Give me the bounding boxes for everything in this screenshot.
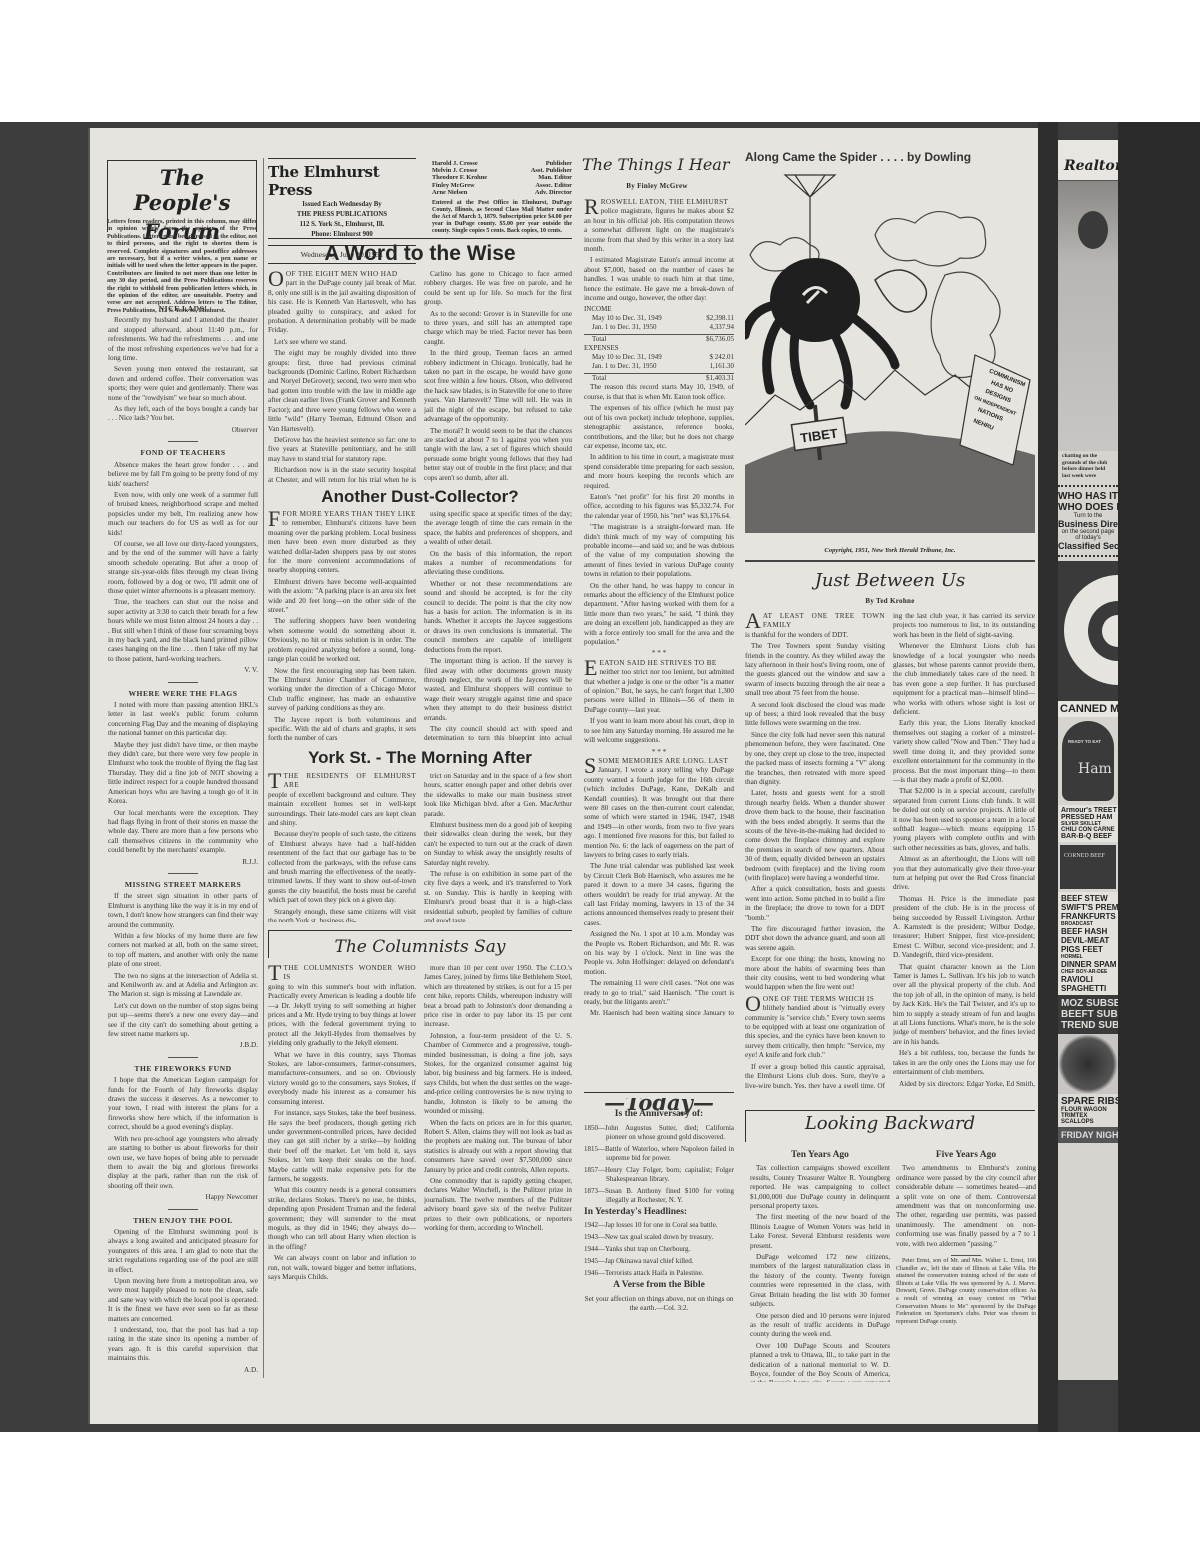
meat-list-2: BEEF STEW SWIFT'S PREM FRANKFURTS BROADC… [1058, 892, 1118, 995]
article-paragraph: Let's see where we stand. [268, 338, 416, 347]
verse-text: Set your affection on things above, not … [584, 1295, 734, 1314]
meat-list-3: SPARE RIBS FLOUR WAGON TRIMTEX SCALLOPS [1058, 1094, 1118, 1127]
article-paragraph: Elmhurst drivers have become well-acquai… [268, 578, 416, 616]
drop-cap: O [745, 995, 763, 1013]
meat-item: BEEFT SUBSEN [1061, 1009, 1115, 1020]
divider [951, 1255, 981, 1256]
article-paragraph: We can always count on labor and inflati… [268, 1254, 416, 1282]
cartoon-copyright: Copyright, 1951, New York Herald Tribune… [745, 547, 1035, 554]
things-i-hear-title: The Things I Hear [582, 155, 732, 174]
dust-collector-col2: using specific space at specific times o… [424, 510, 572, 743]
meat-item: FRANKFURTS [1061, 912, 1115, 921]
article-paragraph: more than 10 per cent over 1950. The C.I… [424, 964, 572, 1030]
article-paragraph: Johnston, a four-term president of the U… [424, 1032, 572, 1117]
box-line: Business Directory [1058, 519, 1118, 529]
article-paragraph: The moral? It would seem to be that the … [424, 427, 572, 483]
anniversary-year: 1815 [584, 1145, 598, 1153]
looking-backward-top-rule [745, 1110, 1035, 1111]
ledger-total-label: Total [592, 335, 606, 344]
article-paragraph: Whether or not these recommendations are… [424, 580, 572, 655]
article-paragraph: In addition to his time in court, a magi… [584, 453, 734, 491]
ledger-label: EXPENSES [584, 344, 734, 353]
article-paragraph: One commodity that is rapidly getting ch… [424, 1177, 572, 1233]
article-paragraph: What we have in this country, says Thoma… [268, 1051, 416, 1107]
letter-paragraph: Within a few blocks of my home there are… [108, 932, 258, 970]
letter-paragraph: The two no signs at the intersection of … [108, 972, 258, 1000]
letter-signature: R.J.J. [108, 858, 258, 867]
divider [168, 682, 198, 683]
article-paragraph: For instance, says Stokes, take the beef… [268, 1109, 416, 1184]
looking-backward-title: Looking Backward [745, 1113, 1035, 1134]
letter-signature: Observer [108, 426, 258, 435]
lead-caps: THE COLUMNISTS WONDER WHO IS [283, 964, 416, 981]
article-paragraph: Elmhurst business men do a good job of k… [424, 821, 572, 868]
masthead-issued: Issued Each Wednesday By [268, 201, 416, 209]
headline-item: 1945—Jap Okinawa naval chief killed. [584, 1257, 734, 1266]
letter-paragraph: I hope that the American Legion campaign… [108, 1076, 258, 1132]
lead-caps: SOME MEMORIES ARE LONG. LAST [598, 757, 728, 765]
york-st-col2: trict on Saturday and in the space of a … [424, 772, 572, 922]
anniversary-text: John Augustus Sutter, died; California p… [605, 1124, 734, 1141]
things-i-hear-body: R ROSWELL EATON, THE ELMHURST police mag… [584, 198, 734, 1016]
divider [168, 1057, 198, 1058]
history-paragraph: Over 100 DuPage Scouts and Scouters plan… [750, 1342, 890, 1382]
letter-paragraph: Upon moving here from a metropolitan are… [108, 1277, 258, 1324]
headline-text: Yanks shut trap on Cherbourg. [605, 1245, 690, 1253]
article-paragraph: trict on Saturday and in the space of a … [424, 772, 572, 819]
article-paragraph: Aided by six directors: Edgar Yorke, Ed … [893, 1080, 1035, 1089]
article-paragraph: The reason this record starts May 10, 19… [584, 383, 734, 402]
article-paragraph: Strangely enough, these same citizens wi… [268, 908, 416, 922]
anniversary-text: Battle of Waterloo, where Napoleon faile… [605, 1145, 734, 1162]
article-paragraph: The Tree Towners spent Sunday visiting f… [745, 642, 885, 698]
drop-cap: O [268, 270, 286, 288]
five-years-ago: Five Years Ago Two amendments to Elmhurs… [896, 1148, 1036, 1382]
letter-paragraph: Even now, with only one week of a summer… [108, 491, 258, 538]
letter-paragraph: With two pre-school age youngsters who a… [108, 1135, 258, 1191]
history-paragraph: One person died and 10 persons were inju… [750, 1312, 890, 1340]
box-line: Classified Section [1058, 541, 1118, 551]
letter-paragraph: Recently my husband and I attended the t… [108, 316, 258, 363]
staff-row: Theodore F. KrohneMan. Editor [432, 174, 572, 181]
today-top-rule [584, 1092, 734, 1093]
article-paragraph: The eight may be roughly divided into th… [268, 349, 416, 434]
article-paragraph: On the basis of this information, the re… [424, 550, 572, 578]
things-i-hear-byline: By Finley McGrew [582, 182, 732, 190]
section-separator: * * * [584, 649, 734, 658]
york-st-col1: T THE RESIDENTS OF ELMHURST ARE people o… [268, 772, 416, 922]
article-paragraph: On the other hand, he was happy to concu… [584, 582, 734, 648]
anniversary-text: Henry Clay Folger, born; capitalist; Fol… [605, 1166, 734, 1183]
article-paragraph: The fire discouraged further invasion, t… [745, 925, 885, 953]
headline-year: 1942 [584, 1221, 598, 1229]
today-box: —Today— Is the Anniversary of: 1850—John… [584, 1098, 734, 1382]
ledger-period: Jan. 1 to Dec. 31, 1950 [592, 362, 657, 371]
article-paragraph: In the third group, Teeman faces an arme… [424, 349, 572, 424]
dust-collector-col1: F FOR MORE YEARS THAN THEY LIKE to remem… [268, 510, 416, 743]
meat-item: SCALLOPS [1061, 1119, 1115, 1125]
letter-heading: NICE LADS! [108, 304, 258, 313]
drop-cap: F [268, 510, 282, 528]
ledger-label: INCOME [584, 305, 734, 314]
ledger-amount: 4,337.94 [710, 323, 735, 332]
meat-item: SWIFT'S PREM [1061, 903, 1115, 912]
ten-years-ago: Ten Years Ago Tax collection campaigns s… [750, 1148, 890, 1382]
letter-paragraph: I understand, too, that the pool has had… [108, 1326, 258, 1364]
just-between-us-title: Just Between Us [745, 570, 1035, 591]
anniversary-year: 1850 [584, 1124, 598, 1132]
history-paragraph: DuPage welcomed 172 new citizens, member… [750, 1253, 890, 1309]
article-paragraph: Assigned the No. 1 spot at 10 a.m. Monda… [584, 930, 734, 977]
spare-ribs-image [1058, 1034, 1118, 1094]
headlines-heading: In Yesterday's Headlines: [584, 1208, 734, 1217]
anniversary-year: 1873 [584, 1187, 598, 1195]
headline-item: 1944—Yanks shut trap on Cherbourg. [584, 1245, 734, 1254]
headline-year: 1943 [584, 1233, 598, 1241]
article-paragraph: Richardson now is in the state security … [268, 466, 416, 485]
staff-box: Harold J. CrossePublisher Melvin J. Cros… [432, 160, 572, 196]
staff-row: Finley McGrewAssoc. Editor [432, 182, 572, 189]
divider [168, 873, 198, 874]
meat-item: BEEF STEW [1061, 894, 1115, 903]
ham-can: READY TO EAT Ham [1062, 721, 1114, 801]
ledger-amount: $ 242.01 [710, 353, 735, 362]
ledger-period: Jan. 1 to Dec. 31, 1950 [592, 323, 657, 332]
letter-paragraph: If the street sign situation in other pa… [108, 892, 258, 930]
lead-caps: AT LEAST ONE TREE TOWN FAMILY [763, 612, 885, 629]
ledger-row: Jan. 1 to Dec. 31, 19504,337.94 [584, 323, 734, 332]
letter-signature: A.D. [108, 1366, 258, 1375]
today-title: —Today— [584, 1098, 734, 1107]
staff-role: Asst. Publisher [531, 167, 572, 174]
history-paragraph: The first meeting of the new board of th… [750, 1213, 890, 1251]
meat-item: TREND SUBSEN [1061, 1020, 1115, 1031]
staff-name: Theodore F. Krohne [432, 174, 487, 181]
ledger-total-amount: $6,736.05 [706, 335, 734, 344]
drop-cap: T [268, 772, 283, 790]
headline-year: 1946 [584, 1269, 598, 1277]
letter-heading: THEN ENJOY THE POOL [108, 1216, 258, 1225]
ledger-amount: $2,398.11 [706, 314, 734, 323]
article-paragraph: part in the DuPage county jail break of … [268, 279, 416, 335]
drop-cap: S [584, 757, 598, 775]
article-paragraph: The Jaycee report is both voluminous and… [268, 716, 416, 743]
newspaper-name: The Elmhurst Press [268, 158, 416, 199]
staff-row: Melvin J. CrosseAsst. Publisher [432, 167, 572, 174]
meat-list: Armour's TREET PRESSED HAM SILVER SKILLE… [1058, 805, 1118, 842]
article-paragraph: He's a bit ruthless, too, because the fu… [893, 1049, 1035, 1077]
just-between-us-col1: A AT LEAST ONE TREE TOWN FAMILY is thank… [745, 612, 885, 1088]
article-paragraph: As to the second: Grover is in Statevill… [424, 310, 572, 348]
article-paragraph: Later, hosts and guests went for a strol… [745, 789, 885, 883]
lead-caps: FOR MORE YEARS THAN THEY LIKE [282, 510, 416, 518]
columnists-headline: The Columnists Say [268, 937, 572, 957]
article-paragraph: is thankful for the wonders of DDT. [745, 631, 885, 640]
article-paragraph: If ever a group belied this caustic appr… [745, 1063, 885, 1088]
article-paragraph: Except for one thing: the hosts, knowing… [745, 955, 885, 993]
ledger-total-amount: $1,403.31 [706, 374, 734, 383]
staff-row: Harold J. CrossePublisher [432, 160, 572, 167]
lead-caps: ONE OF THE TERMS WHICH IS [763, 995, 874, 1003]
ledger-amount: 1,161.30 [710, 362, 735, 371]
editorial-cartoon: TIBET COMMUNISM HAS NO DESIGNS ON INDEPE… [745, 165, 1035, 533]
letter-heading: THE FIREWORKS FUND [108, 1064, 258, 1073]
meat-item: SPAGHETTI [1061, 984, 1115, 993]
drop-cap: A [745, 612, 763, 630]
ledger-period: May 10 to Dec. 31, 1949 [592, 314, 662, 323]
letter-heading: MISSING STREET MARKERS [108, 880, 258, 889]
headline-item: 1942—Jap losses 10 for one in Coral sea … [584, 1221, 734, 1230]
article-paragraph: ing the last club year, it has carried i… [893, 612, 1035, 640]
can-tagline: READY TO EAT [1068, 739, 1101, 744]
meat-item: Armour's TREET [1061, 807, 1115, 814]
headline-item: 1946—Terrorists attack Haifa in Palestin… [584, 1269, 734, 1278]
meat-item: BEEF HASH [1061, 927, 1115, 936]
lead-caps: EATON SAID HE STRIVES TO BE [599, 659, 716, 667]
lead-caps: THE RESIDENTS OF ELMHURST ARE [283, 772, 416, 789]
staff-name: Harold J. Crosse [432, 160, 478, 167]
ledger-period: May 10 to Dec. 31, 1949 [592, 353, 662, 362]
article-paragraph: The remaining 11 were civil cases. "Not … [584, 979, 734, 1007]
columnists-col1: T THE COLUMNISTS WONDER WHO IS going to … [268, 964, 416, 1382]
letter-paragraph: As they left, each of the boys bought a … [108, 405, 258, 424]
lead-caps: OF THE EIGHT MEN WHO HAD [286, 270, 398, 278]
letter-paragraph: Of course, we all love our dirty-faced y… [108, 540, 258, 596]
article-paragraph: going to win this summer's bout with inf… [268, 983, 416, 1049]
letter-signature: J.B.D. [108, 1041, 258, 1050]
article-paragraph: The suffering shoppers have been wonderi… [268, 617, 416, 664]
adjacent-page-strip: Realtors chatting on the grounds of the … [1058, 140, 1118, 1380]
staff-role: Adv. Director [535, 189, 572, 196]
article-paragraph: people of excellent background and cultu… [268, 791, 416, 829]
article-paragraph: When the facts on prices are in for this… [424, 1119, 572, 1175]
letter-paragraph: Opening of the Elmhurst swimming pool is… [108, 1228, 258, 1275]
divider [168, 441, 198, 442]
column-rule [263, 158, 264, 1378]
word-to-wise-col1: O OF THE EIGHT MEN WHO HAD part in the D… [268, 270, 416, 485]
adjacent-header: Realtors [1058, 140, 1118, 181]
divider [168, 1209, 198, 1210]
meat-item: PRESSED HAM [1061, 814, 1115, 821]
letter-paragraph: I noted with more than passing attention… [108, 701, 258, 739]
forum-title-line1: The People's [108, 165, 256, 215]
masthead-address: 112 S. York St., Elmhurst, Ill. [268, 221, 416, 229]
classified-directory-box: WHO HAS IT? WHO DOES IT? Turn to the Bus… [1058, 485, 1118, 557]
article-paragraph: Thomas H. Price is the immediate past pr… [893, 895, 1035, 961]
letter-paragraph: True, the teachers can shut out the nois… [108, 598, 258, 664]
meat-item: DEVIL-MEAT [1061, 936, 1115, 945]
article-paragraph: I estimated Magistrate Eaton's annual in… [584, 256, 734, 303]
drop-cap: R [584, 198, 601, 216]
headline-item: 1943—New tax goal scaled down by treasur… [584, 1233, 734, 1242]
anniversary-item: 1857—Henry Clay Folger, born; capitalist… [584, 1166, 734, 1184]
just-between-us-col2: ing the last club year, it has carried i… [893, 612, 1035, 1088]
anniversary-item: 1850—John Augustus Sutter, died; Califor… [584, 1124, 734, 1142]
article-paragraph: Now the first encouraging step has been … [268, 667, 416, 714]
article-paragraph: January, I wrote a story telling why DuP… [584, 766, 734, 860]
corned-beef-box: CORNED BEEF [1060, 845, 1116, 889]
letter-paragraph: Absence makes the heart grow fonder . . … [108, 461, 258, 489]
article-paragraph: The June trial calendar was published la… [584, 862, 734, 928]
article-paragraph: using specific space at specific times o… [424, 510, 572, 548]
article-paragraph: to remember, Elmhurst's citizens have be… [268, 519, 416, 575]
adjacent-caption: chatting on the grounds of the club befo… [1058, 451, 1118, 481]
masthead-publisher: THE PRESS PUBLICATIONS [268, 211, 416, 219]
ten-years-heading: Ten Years Ago [750, 1151, 890, 1160]
box-line: WHO HAS IT? [1058, 491, 1118, 502]
article-paragraph: After a quick consultation, hosts and gu… [745, 885, 885, 923]
article-paragraph: Mr. Haenisch had been waiting since Janu… [584, 1009, 734, 1016]
meat-item: PIGS FEET [1061, 945, 1115, 954]
article-paragraph: "The magistrate is a straight-forward ma… [584, 523, 734, 579]
scan-shadow-right [1118, 122, 1200, 1432]
five-years-heading: Five Years Ago [896, 1151, 1036, 1160]
staff-role: Assoc. Editor [535, 182, 572, 189]
lead-caps: ROSWELL EATON, THE ELMHURST [601, 198, 729, 206]
editorial-headline: York St. - The Morning After [268, 748, 572, 768]
logo-sunburst [1058, 561, 1118, 701]
ledger-total-label: Total [592, 374, 606, 383]
staff-row: Arne NielsenAdv. Director [432, 189, 572, 196]
ledger-row: May 10 to Dec. 31, 1949$2,398.11 [584, 314, 734, 323]
anniversary-text: Susan B. Anthony fined $100 for voting i… [605, 1187, 734, 1204]
headline-text: Jap Okinawa naval chief killed. [605, 1257, 693, 1265]
headline-text: Terrorists attack Haifa in Palestine. [605, 1269, 703, 1277]
meat-item: DINNER SPAM [1061, 960, 1115, 969]
headline-text: New tax goal scaled down by treasury. [605, 1233, 713, 1241]
ledger-total: Total$6,736.05 [584, 334, 734, 344]
article-paragraph: If you want to learn more about his cour… [584, 717, 734, 745]
meat-item: SPARE RIBS [1061, 1096, 1115, 1107]
box-line: WHO DOES IT? [1058, 502, 1118, 513]
editorial-headline: A Word to the Wise [268, 242, 572, 266]
anniversary-item: 1873—Susan B. Anthony fined $100 for vot… [584, 1187, 734, 1205]
editorial-headline: Another Dust-Collector? [268, 487, 572, 507]
postal-entry-note: Entered at the Post Office in Elmhurst, … [432, 200, 572, 235]
subsen-block: MOZ SUBSEN BEEFT SUBSEN TREND SUBSEN [1058, 995, 1118, 1034]
friday-night-banner: FRIDAY NIGHT [1058, 1127, 1118, 1143]
letter-paragraph: Our local merchants were the exception. … [108, 809, 258, 856]
article-paragraph: The important thing is action. If the su… [424, 657, 572, 723]
letter-paragraph: Maybe they just didn't have time, or the… [108, 741, 258, 807]
article-paragraph: That quaint character known as the Lion … [893, 963, 1035, 1048]
article-paragraph: Eaton's "net profit" for his first 20 mo… [584, 493, 734, 521]
article-paragraph: The city council should act with speed a… [424, 725, 572, 743]
spider-cartoon-illustration: TIBET COMMUNISM HAS NO DESIGNS ON INDEPE… [745, 165, 1035, 533]
staff-name: Melvin J. Crosse [432, 167, 478, 174]
article-paragraph: What this country needs is a general con… [268, 1186, 416, 1252]
article-paragraph: The expenses of his office (which he mus… [584, 404, 734, 451]
article-paragraph: Early this year, the Lions literally kno… [893, 719, 1035, 785]
history-paragraph: Tax collection campaigns showed excellen… [750, 1164, 890, 1211]
article-paragraph: That $2,000 is in a special account, car… [893, 787, 1035, 853]
can-label: Ham [1078, 761, 1112, 777]
article-paragraph: Since the city folk had never seen this … [745, 731, 885, 787]
history-paragraph: Two amendments to Elmhurst's zoning ordi… [896, 1164, 1036, 1249]
headline-text: Jap losses 10 for one in Coral sea battl… [605, 1221, 718, 1229]
drop-cap: T [268, 964, 283, 982]
photo-figure-head [1078, 211, 1108, 249]
letter-signature: Happy Newcomer [108, 1193, 258, 1202]
letter-heading: FOND OF TEACHERS [108, 448, 258, 457]
article-paragraph: Because they're people of such taste, th… [268, 830, 416, 905]
meat-item: BAR-B-Q BEEF [1061, 833, 1115, 840]
article-paragraph: The refuse is on exhibition in some part… [424, 870, 572, 922]
staff-name: Arne Nielsen [432, 189, 467, 196]
staff-role: Man. Editor [538, 174, 572, 181]
headline-year: 1945 [584, 1257, 598, 1265]
ledger-total: Total$1,403.31 [584, 373, 734, 383]
article-paragraph: DeGrove has the heaviest sentence so far… [268, 436, 416, 464]
section-separator: * * * [584, 748, 734, 757]
meat-item: MOZ SUBSEN [1061, 998, 1115, 1009]
verse-heading: A Verse from the Bible [584, 1281, 734, 1290]
staff-name: Finley McGrew [432, 182, 475, 189]
letter-signature: V. V. [108, 666, 258, 675]
adjacent-photo [1058, 181, 1118, 451]
article-paragraph: Carlino has gone to Chicago to face arme… [424, 270, 572, 308]
canned-meats-heading: CANNED MEATS [1058, 701, 1118, 717]
article-paragraph: police magistrate, figures he makes abou… [584, 207, 734, 254]
article-paragraph: Whenever the Elmhurst Lions club has kno… [893, 642, 1035, 717]
word-to-wise-col2: Carlino has gone to Chicago to face arme… [424, 270, 572, 485]
just-between-us-byline: By Ted Krohne [745, 597, 1035, 605]
masthead-bottom-rule [268, 238, 572, 239]
peoples-forum-letters: NICE LADS! Recently my husband and I att… [108, 298, 258, 1378]
letter-heading: WHERE WERE THE FLAGS [108, 689, 258, 698]
headline-year: 1944 [584, 1245, 598, 1253]
page-gutter [1038, 122, 1058, 1432]
article-paragraph: neither too strict nor too lenient, but … [584, 668, 734, 715]
anniversary-item: 1815—Battle of Waterloo, where Napoleon … [584, 1145, 734, 1163]
letter-paragraph: Let's cut down on the number of stop sig… [108, 1002, 258, 1040]
ledger-row: May 10 to Dec. 31, 1949$ 242.01 [584, 353, 734, 362]
meat-item: RAVIOLI [1061, 975, 1115, 984]
article-paragraph: A second look disclosed the cloud was ma… [745, 701, 885, 729]
article-paragraph: blithely bandied about is "virtually eve… [745, 1004, 885, 1060]
cartoon-title: Along Came the Spider . . . . by Dowling [745, 150, 971, 164]
anniversary-year: 1857 [584, 1166, 598, 1174]
ledger-row: Jan. 1 to Dec. 31, 19501,161.30 [584, 362, 734, 371]
history-paragraph: Peter Ernst, son of Mr. and Mrs. Walter … [896, 1258, 1036, 1326]
columnists-box-top [268, 930, 572, 931]
income-ledger: INCOME May 10 to Dec. 31, 1949$2,398.11 … [584, 305, 734, 383]
letter-paragraph: Seven young men entered the restaurant, … [108, 365, 258, 403]
columnists-col2: more than 10 per cent over 1950. The C.I… [424, 964, 572, 1382]
article-paragraph: Almost as an afterthought, the Lions wil… [893, 855, 1035, 893]
cartoon-bottom-rule [745, 560, 1035, 562]
staff-role: Publisher [546, 160, 572, 167]
drop-cap: E [584, 659, 599, 677]
